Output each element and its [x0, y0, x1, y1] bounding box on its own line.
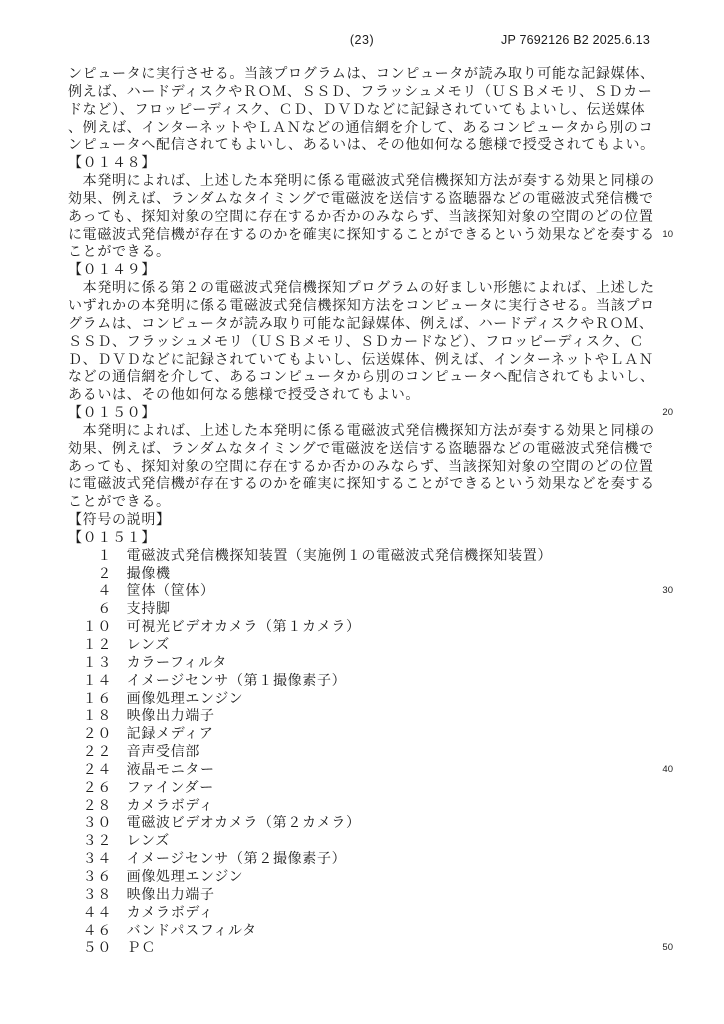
line-text: ンピュータに実行させる。当該プログラムは、コンピュータが読み取り可能な記録媒体、: [68, 65, 655, 83]
line-text: １８ 映像出力端子: [68, 707, 215, 725]
text-line: １８ 映像出力端子: [68, 707, 673, 725]
text-line: ３２ レンズ: [68, 832, 673, 850]
line-text: １６ 画像処理エンジン: [68, 690, 243, 708]
text-line: ンピュータへ配信されてもよいし、あるいは、その他如何なる態様で授受されてもよい。: [68, 136, 673, 154]
text-line: １６ 画像処理エンジン: [68, 690, 673, 708]
line-text: Ｄ、ＤＶＤなどに記録されていてもよいし、伝送媒体、例えば、インターネットやＬＡＮ: [68, 351, 654, 369]
margin-line-number: 40: [662, 761, 673, 779]
line-text: ンピュータへ配信されてもよいし、あるいは、その他如何なる態様で授受されてもよい。: [68, 136, 655, 154]
publication-id: JP 7692126 B2 2025.6.13: [501, 33, 650, 47]
line-text: 本発明によれば、上述した本発明に係る電磁波式発信機探知方法が奏する効果と同様の: [68, 172, 655, 190]
text-line: に電磁波式発信機が存在するのかを確実に探知することができるという効果などを奏する…: [68, 226, 673, 244]
text-line: ４ 筐体（筐体）30: [68, 582, 673, 600]
text-line: 例えば、ハードディスクやＲＯＭ、ＳＳＤ、フラッシュメモリ（ＵＳＢメモリ、ＳＤカー: [68, 83, 673, 101]
margin-line-number: 20: [662, 404, 673, 422]
text-line: ＳＳＤ、フラッシュメモリ（ＵＳＢメモリ、ＳＤカードなど）、フロッピーディスク、Ｃ: [68, 333, 673, 351]
line-text: ２４ 液晶モニター: [68, 761, 215, 779]
text-line: 【符号の説明】: [68, 511, 673, 529]
line-text: ２ 撮像機: [68, 565, 171, 583]
text-line: などの通信網を介して、あるコンピュータから別のコンピュータへ配信されてもよいし、: [68, 368, 673, 386]
text-line: １３ カラーフィルタ: [68, 654, 673, 672]
line-text: 本発明に係る第２の電磁波式発信機探知プログラムの好ましい形態によれば、上述した: [68, 279, 655, 297]
patent-document-page: (23) JP 7692126 B2 2025.6.13 ンピュータに実行させる…: [0, 0, 724, 1024]
line-text: ドなど）、フロッピーディスク、ＣＤ、ＤＶＤなどに記録されていてもよいし、伝送媒体: [68, 101, 645, 119]
text-line: ２０ 記録メディア: [68, 725, 673, 743]
line-text: ことができる。: [68, 493, 171, 511]
document-lines: ンピュータに実行させる。当該プログラムは、コンピュータが読み取り可能な記録媒体、…: [68, 65, 673, 957]
text-line: ンピュータに実行させる。当該プログラムは、コンピュータが読み取り可能な記録媒体、: [68, 65, 673, 83]
margin-line-number: 50: [662, 939, 673, 957]
line-text: １４ イメージセンサ（第１撮像素子）: [68, 672, 346, 690]
text-line: ３０ 電磁波ビデオカメラ（第２カメラ）: [68, 814, 673, 832]
text-line: グラムは、コンピュータが読み取り可能な記録媒体、例えば、ハードディスクやＲＯＭ、: [68, 315, 673, 333]
line-text: ２０ 記録メディア: [68, 725, 214, 743]
text-line: ３６ 画像処理エンジン: [68, 868, 673, 886]
line-text: に電磁波式発信機が存在するのかを確実に探知することができるという効果などを奏する: [68, 475, 655, 493]
text-line: ４６ バンドパスフィルタ: [68, 922, 673, 940]
line-text: １３ カラーフィルタ: [68, 654, 227, 672]
text-line: １ 電磁波式発信機探知装置（実施例１の電磁波式発信機探知装置）: [68, 547, 673, 565]
text-line: １０ 可視光ビデオカメラ（第１カメラ）: [68, 618, 673, 636]
line-text: ４６ バンドパスフィルタ: [68, 922, 257, 940]
text-line: １４ イメージセンサ（第１撮像素子）: [68, 672, 673, 690]
line-text: あっても、探知対象の空間に存在するか否かのみならず、当該探知対象の空間のどの位置: [68, 208, 654, 226]
text-line: 本発明に係る第２の電磁波式発信機探知プログラムの好ましい形態によれば、上述した: [68, 279, 673, 297]
text-line: いずれかの本発明に係る電磁波式発信機探知方法をコンピュータに実行させる。当該プロ: [68, 297, 673, 315]
line-text: あるいは、その他如何なる態様で授受されてもよい。: [68, 386, 420, 404]
text-line: 【０１５１】: [68, 529, 673, 547]
line-text: 【０１４９】: [68, 261, 156, 279]
text-line: あるいは、その他如何なる態様で授受されてもよい。: [68, 386, 673, 404]
line-text: などの通信網を介して、あるコンピュータから別のコンピュータへ配信されてもよいし、: [68, 368, 655, 386]
text-line: ４４ カメラボディ: [68, 904, 673, 922]
line-text: ３０ 電磁波ビデオカメラ（第２カメラ）: [68, 814, 361, 832]
line-text: ３４ イメージセンサ（第２撮像素子）: [68, 850, 346, 868]
text-line: ２６ ファインダー: [68, 779, 673, 797]
line-text: １０ 可視光ビデオカメラ（第１カメラ）: [68, 618, 361, 636]
text-line: ６ 支持脚: [68, 600, 673, 618]
text-line: ２ 撮像機: [68, 565, 673, 583]
text-line: １２ レンズ: [68, 636, 673, 654]
line-text: ４４ カメラボディ: [68, 904, 214, 922]
line-text: ５０ ＰＣ: [68, 939, 156, 957]
text-line: 効果、例えば、ランダムなタイミングで電磁波を送信する盗聴器などの電磁波式発信機で: [68, 190, 673, 208]
text-line: 効果、例えば、ランダムなタイミングで電磁波を送信する盗聴器などの電磁波式発信機で: [68, 440, 673, 458]
text-line: ２８ カメラボディ: [68, 797, 673, 815]
text-line: ことができる。: [68, 243, 673, 261]
text-line: ５０ ＰＣ50: [68, 939, 673, 957]
text-line: 【０１５０】20: [68, 404, 673, 422]
line-text: ことができる。: [68, 243, 171, 261]
text-line: 本発明によれば、上述した本発明に係る電磁波式発信機探知方法が奏する効果と同様の: [68, 172, 673, 190]
line-text: 【０１４８】: [68, 154, 156, 172]
line-text: ２８ カメラボディ: [68, 797, 214, 815]
line-text: 【０１５１】: [68, 529, 156, 547]
text-line: ２２ 音声受信部: [68, 743, 673, 761]
line-text: ３８ 映像出力端子: [68, 886, 215, 904]
line-text: １ 電磁波式発信機探知装置（実施例１の電磁波式発信機探知装置）: [68, 547, 552, 565]
line-text: ＳＳＤ、フラッシュメモリ（ＵＳＢメモリ、ＳＤカードなど）、フロッピーディスク、Ｃ: [68, 333, 644, 351]
line-text: 効果、例えば、ランダムなタイミングで電磁波を送信する盗聴器などの電磁波式発信機で: [68, 190, 654, 208]
text-line: ３４ イメージセンサ（第２撮像素子）: [68, 850, 673, 868]
line-text: に電磁波式発信機が存在するのかを確実に探知することができるという効果などを奏する: [68, 226, 655, 244]
text-line: ２４ 液晶モニター40: [68, 761, 673, 779]
line-text: 例えば、ハードディスクやＲＯＭ、ＳＳＤ、フラッシュメモリ（ＵＳＢメモリ、ＳＤカー: [68, 83, 652, 101]
text-line: 【０１４８】: [68, 154, 673, 172]
margin-line-number: 10: [662, 226, 673, 244]
line-text: ２６ ファインダー: [68, 779, 214, 797]
margin-line-number: 30: [662, 582, 673, 600]
text-line: あっても、探知対象の空間に存在するか否かのみならず、当該探知対象の空間のどの位置: [68, 458, 673, 476]
text-line: ３８ 映像出力端子: [68, 886, 673, 904]
line-text: あっても、探知対象の空間に存在するか否かのみならず、当該探知対象の空間のどの位置: [68, 458, 654, 476]
line-text: 【０１５０】: [68, 404, 156, 422]
text-line: 、例えば、インターネットやＬＡＮなどの通信網を介して、あるコンピュータから別のコ: [68, 119, 673, 137]
line-text: いずれかの本発明に係る電磁波式発信機探知方法をコンピュータに実行させる。当該プロ: [68, 297, 655, 315]
line-text: 【符号の説明】: [68, 511, 171, 529]
line-text: １２ レンズ: [68, 636, 170, 654]
text-line: あっても、探知対象の空間に存在するか否かのみならず、当該探知対象の空間のどの位置: [68, 208, 673, 226]
text-line: Ｄ、ＤＶＤなどに記録されていてもよいし、伝送媒体、例えば、インターネットやＬＡＮ: [68, 351, 673, 369]
line-text: ４ 筐体（筐体）: [68, 582, 215, 600]
line-text: 効果、例えば、ランダムなタイミングで電磁波を送信する盗聴器などの電磁波式発信機で: [68, 440, 654, 458]
text-line: ことができる。: [68, 493, 673, 511]
line-text: ２２ 音声受信部: [68, 743, 200, 761]
line-text: ６ 支持脚: [68, 600, 171, 618]
line-text: グラムは、コンピュータが読み取り可能な記録媒体、例えば、ハードディスクやＲＯＭ、: [68, 315, 654, 333]
text-line: 【０１４９】: [68, 261, 673, 279]
text-line: に電磁波式発信機が存在するのかを確実に探知することができるという効果などを奏する: [68, 475, 673, 493]
line-text: ３６ 画像処理エンジン: [68, 868, 243, 886]
line-text: ３２ レンズ: [68, 832, 170, 850]
text-line: ドなど）、フロッピーディスク、ＣＤ、ＤＶＤなどに記録されていてもよいし、伝送媒体: [68, 101, 673, 119]
line-text: 、例えば、インターネットやＬＡＮなどの通信網を介して、あるコンピュータから別のコ: [68, 119, 653, 137]
line-text: 本発明によれば、上述した本発明に係る電磁波式発信機探知方法が奏する効果と同様の: [68, 422, 655, 440]
text-line: 本発明によれば、上述した本発明に係る電磁波式発信機探知方法が奏する効果と同様の: [68, 422, 673, 440]
